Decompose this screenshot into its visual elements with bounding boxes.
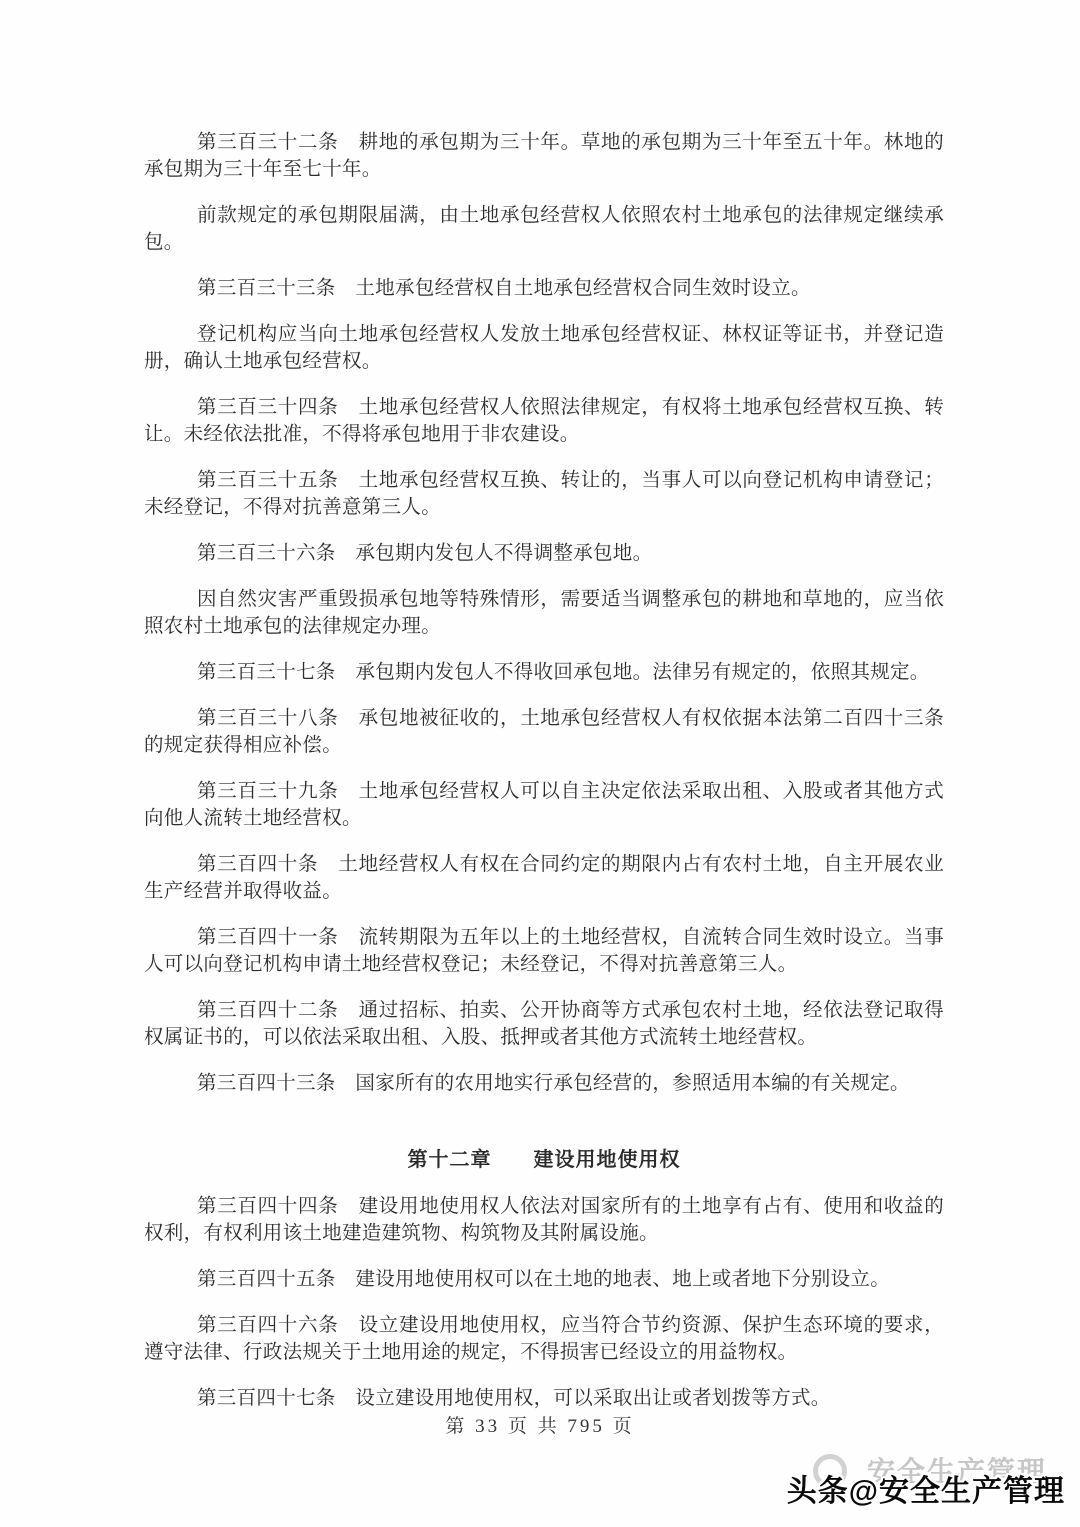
article-paragraph: 因自然灾害严重毁损承包地等特殊情形，需要适当调整承包的耕地和草地的，应当依照农村… bbox=[144, 586, 944, 640]
article-paragraph: 第三百四十条 土地经营权人有权在合同约定的期限内占有农村土地，自主开展农业生产经… bbox=[144, 851, 944, 905]
chapter-heading: 第十二章 建设用地使用权 bbox=[144, 1147, 944, 1174]
article-paragraph: 前款规定的承包期限届满，由土地承包经营权人依照农村土地承包的法律规定继续承包。 bbox=[144, 202, 944, 256]
article-paragraph: 第三百四十五条 建设用地使用权可以在土地的地表、地上或者地下分别设立。 bbox=[144, 1266, 944, 1293]
article-paragraph: 第三百三十六条 承包期内发包人不得调整承包地。 bbox=[144, 540, 944, 567]
article-paragraph: 第三百三十七条 承包期内发包人不得收回承包地。法律另有规定的，依照其规定。 bbox=[144, 659, 944, 686]
article-paragraph: 第三百四十六条 设立建设用地使用权，应当符合节约资源、保护生态环境的要求，遵守法… bbox=[144, 1312, 944, 1366]
article-paragraph: 第三百四十四条 建设用地使用权人依法对国家所有的土地享有占有、使用和收益的权利，… bbox=[144, 1193, 944, 1247]
article-paragraph: 第三百三十九条 土地承包经营权人可以自主决定依法采取出租、入股或者其他方式向他人… bbox=[144, 778, 944, 832]
article-paragraph: 登记机构应当向土地承包经营权人发放土地承包经营权证、林权证等证书，并登记造册，确… bbox=[144, 321, 944, 375]
document-page: 第三百三十二条 耕地的承包期为三十年。草地的承包期为三十年至五十年。林地的承包期… bbox=[0, 0, 1080, 1527]
watermark: 安全生产管理 头条@安全生产管理 bbox=[745, 1448, 1065, 1518]
article-paragraph: 第三百三十三条 土地承包经营权自土地承包经营权合同生效时设立。 bbox=[144, 275, 944, 302]
article-paragraph: 第三百四十三条 国家所有的农用地实行承包经营的，参照适用本编的有关规定。 bbox=[144, 1070, 944, 1097]
article-paragraph: 第三百四十七条 设立建设用地使用权，可以采取出让或者划拨等方式。 bbox=[144, 1385, 944, 1412]
article-paragraph: 第三百四十二条 通过招标、拍卖、公开协商等方式承包农村土地，经依法登记取得权属证… bbox=[144, 997, 944, 1051]
article-paragraph: 第三百三十二条 耕地的承包期为三十年。草地的承包期为三十年至五十年。林地的承包期… bbox=[144, 129, 944, 183]
page-number-footer: 第 33 页 共 795 页 bbox=[0, 1411, 1080, 1438]
document-body: 第三百三十二条 耕地的承包期为三十年。草地的承包期为三十年至五十年。林地的承包期… bbox=[144, 0, 944, 1431]
watermark-text: 头条@安全生产管理 bbox=[787, 1466, 1065, 1510]
article-paragraph: 第三百三十八条 承包地被征收的，土地承包经营权人有权依据本法第二百四十三条的规定… bbox=[144, 705, 944, 759]
article-paragraph: 第三百四十一条 流转期限为五年以上的土地经营权，自流转合同生效时设立。当事人可以… bbox=[144, 924, 944, 978]
article-paragraph: 第三百三十五条 土地承包经营权互换、转让的，当事人可以向登记机构申请登记；未经登… bbox=[144, 467, 944, 521]
article-paragraph: 第三百三十四条 土地承包经营权人依照法律规定，有权将土地承包经营权互换、转让。未… bbox=[144, 394, 944, 448]
